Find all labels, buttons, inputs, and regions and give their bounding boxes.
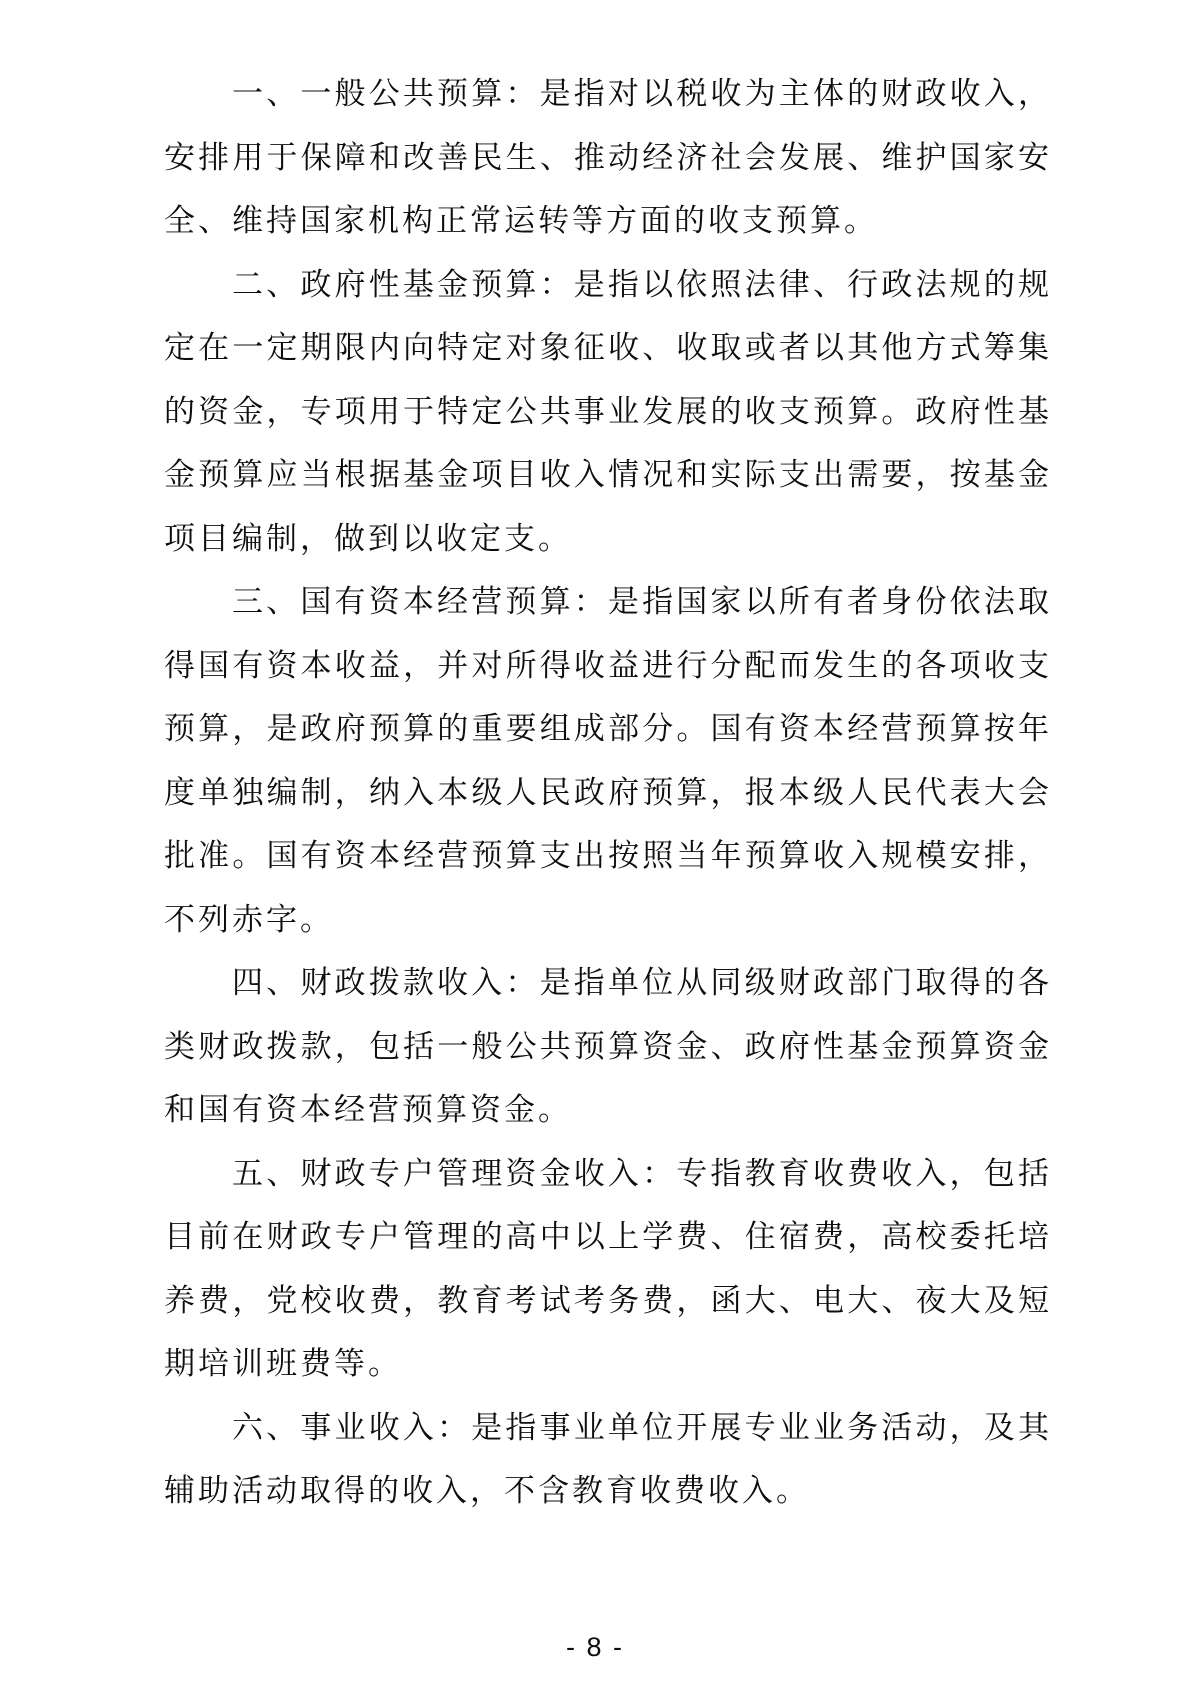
text-line: 期培训班费等。: [164, 1332, 1052, 1396]
paragraph-4: 四、财政拨款收入：是指单位从同级财政部门取得的各 类财政拨款，包括一般公共预算资…: [164, 951, 1052, 1142]
text-line: 的资金，专项用于特定公共事业发展的收支预算。政府性基: [164, 380, 1052, 444]
text-line: 辅助活动取得的收入，不含教育收费收入。: [164, 1459, 1052, 1523]
text-line: 安排用于保障和改善民生、推动经济社会发展、维护国家安: [164, 126, 1052, 190]
text-line: 金预算应当根据基金项目收入情况和实际支出需要，按基金: [164, 443, 1052, 507]
document-body: 一、一般公共预算：是指对以税收为主体的财政收入， 安排用于保障和改善民生、推动经…: [164, 62, 1052, 1523]
page-number: - 8 -: [0, 1632, 1190, 1663]
text-line: 全、维持国家机构正常运转等方面的收支预算。: [164, 189, 1052, 253]
text-line: 一、一般公共预算：是指对以税收为主体的财政收入，: [164, 62, 1052, 126]
text-line: 类财政拨款，包括一般公共预算资金、政府性基金预算资金: [164, 1015, 1052, 1079]
paragraph-1: 一、一般公共预算：是指对以税收为主体的财政收入， 安排用于保障和改善民生、推动经…: [164, 62, 1052, 253]
text-line: 度单独编制，纳入本级人民政府预算，报本级人民代表大会: [164, 761, 1052, 825]
text-line: 目前在财政专户管理的高中以上学费、住宿费，高校委托培: [164, 1205, 1052, 1269]
text-line: 和国有资本经营预算资金。: [164, 1078, 1052, 1142]
text-line: 定在一定期限内向特定对象征收、收取或者以其他方式筹集: [164, 316, 1052, 380]
text-line: 二、政府性基金预算：是指以依照法律、行政法规的规: [164, 253, 1052, 317]
document-page: 一、一般公共预算：是指对以税收为主体的财政收入， 安排用于保障和改善民生、推动经…: [0, 0, 1190, 1683]
text-line: 批准。国有资本经营预算支出按照当年预算收入规模安排，: [164, 824, 1052, 888]
text-line: 预算，是政府预算的重要组成部分。国有资本经营预算按年: [164, 697, 1052, 761]
text-line: 项目编制，做到以收定支。: [164, 507, 1052, 571]
text-line: 五、财政专户管理资金收入：专指教育收费收入，包括: [164, 1142, 1052, 1206]
paragraph-2: 二、政府性基金预算：是指以依照法律、行政法规的规 定在一定期限内向特定对象征收、…: [164, 253, 1052, 571]
text-line: 三、国有资本经营预算：是指国家以所有者身份依法取: [164, 570, 1052, 634]
text-line: 不列赤字。: [164, 888, 1052, 952]
text-line: 得国有资本收益，并对所得收益进行分配而发生的各项收支: [164, 634, 1052, 698]
paragraph-3: 三、国有资本经营预算：是指国家以所有者身份依法取 得国有资本收益，并对所得收益进…: [164, 570, 1052, 951]
text-line: 四、财政拨款收入：是指单位从同级财政部门取得的各: [164, 951, 1052, 1015]
text-line: 养费，党校收费，教育考试考务费，函大、电大、夜大及短: [164, 1269, 1052, 1333]
paragraph-6: 六、事业收入：是指事业单位开展专业业务活动，及其 辅助活动取得的收入，不含教育收…: [164, 1396, 1052, 1523]
text-line: 六、事业收入：是指事业单位开展专业业务活动，及其: [164, 1396, 1052, 1460]
paragraph-5: 五、财政专户管理资金收入：专指教育收费收入，包括 目前在财政专户管理的高中以上学…: [164, 1142, 1052, 1396]
